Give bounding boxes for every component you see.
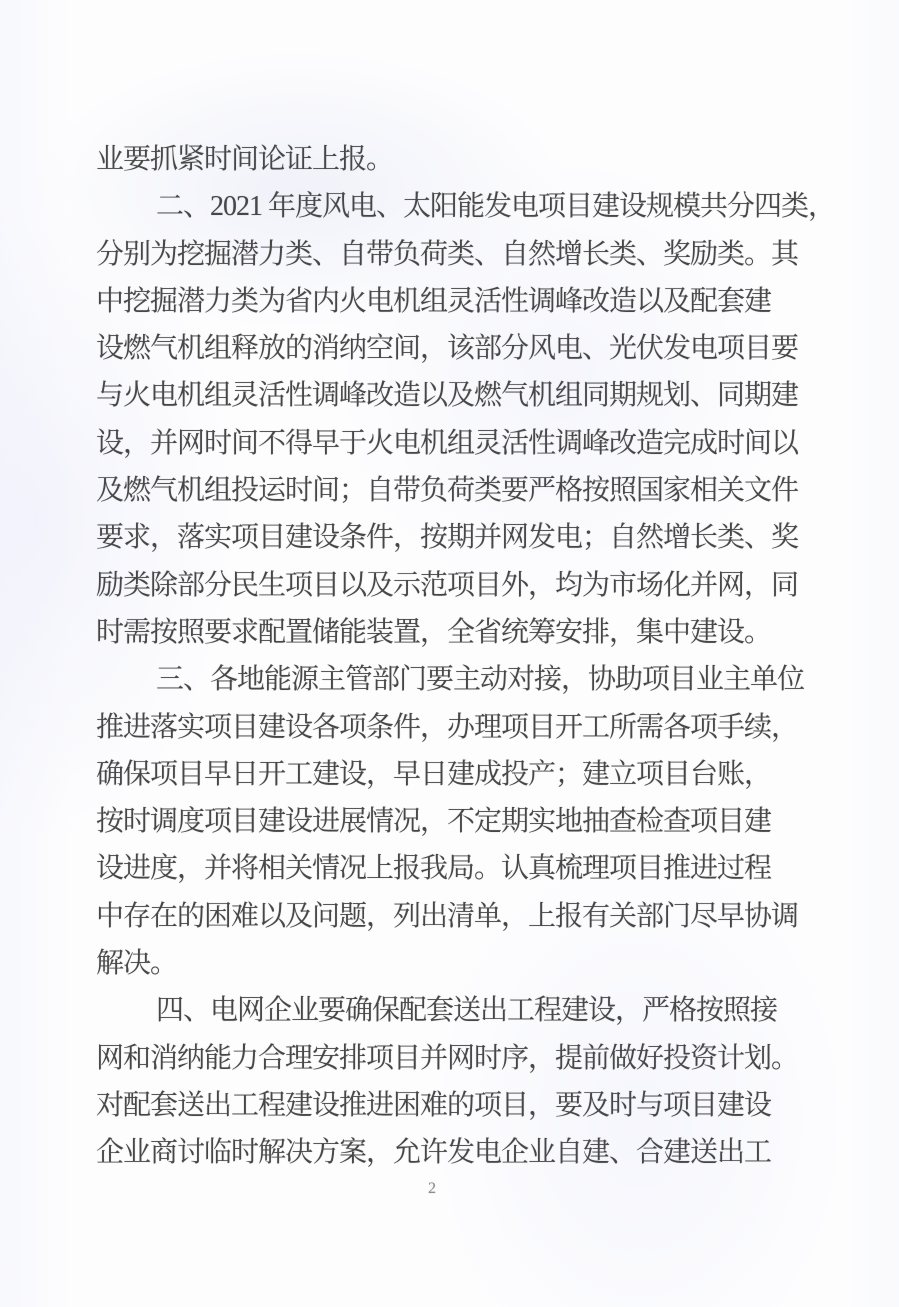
text-line: 励类除部分民生项目以及示范项目外，均为市场化并网，同 <box>96 562 804 609</box>
document-text-block: 业要抓紧时间论证上报。二、2021 年度风电、太阳能发电项目建设规模共分四类，分… <box>96 136 804 1177</box>
text-line: 按时调度项目建设进展情况，不定期实地抽查检查项目建 <box>96 798 804 845</box>
text-line: 与火电机组灵活性调峰改造以及燃气机组同期规划、同期建 <box>96 372 804 419</box>
text-line: 要求，落实项目建设条件，按期并网发电；自然增长类、奖 <box>96 514 804 561</box>
text-line: 及燃气机组投运时间；自带负荷类要严格按照国家相关文件 <box>96 467 804 514</box>
text-line: 对配套送出工程建设推进困难的项目，要及时与项目建设 <box>96 1082 804 1129</box>
text-line: 设进度，并将相关情况上报我局。认真梳理项目推进过程 <box>96 845 804 892</box>
text-line: 四、电网企业要确保配套送出工程建设，严格按照接 <box>96 987 804 1034</box>
text-line: 三、各地能源主管部门要主动对接，协助项目业主单位 <box>96 656 804 703</box>
text-line: 二、2021 年度风电、太阳能发电项目建设规模共分四类， <box>96 183 804 230</box>
page-number: 2 <box>420 1180 444 1198</box>
text-line: 解决。 <box>96 940 804 987</box>
text-line: 确保项目早日开工建设，早日建成投产；建立项目台账， <box>96 751 804 798</box>
text-line: 业要抓紧时间论证上报。 <box>96 136 804 183</box>
text-line: 中存在的困难以及问题，列出清单，上报有关部门尽早协调 <box>96 893 804 940</box>
text-line: 企业商讨临时解决方案，允许发电企业自建、合建送出工 <box>96 1129 804 1176</box>
text-line: 设，并网时间不得早于火电机组灵活性调峰改造完成时间以 <box>96 420 804 467</box>
document-page: 业要抓紧时间论证上报。二、2021 年度风电、太阳能发电项目建设规模共分四类，分… <box>0 0 899 1307</box>
text-line: 时需按照要求配置储能装置，全省统筹安排，集中建设。 <box>96 609 804 656</box>
text-line: 中挖掘潜力类为省内火电机组灵活性调峰改造以及配套建 <box>96 278 804 325</box>
text-line: 分别为挖掘潜力类、自带负荷类、自然增长类、奖励类。其 <box>96 231 804 278</box>
text-line: 设燃气机组释放的消纳空间，该部分风电、光伏发电项目要 <box>96 325 804 372</box>
text-line: 网和消纳能力合理安排项目并网时序，提前做好投资计划。 <box>96 1035 804 1082</box>
text-line: 推进落实项目建设各项条件，办理项目开工所需各项手续， <box>96 704 804 751</box>
